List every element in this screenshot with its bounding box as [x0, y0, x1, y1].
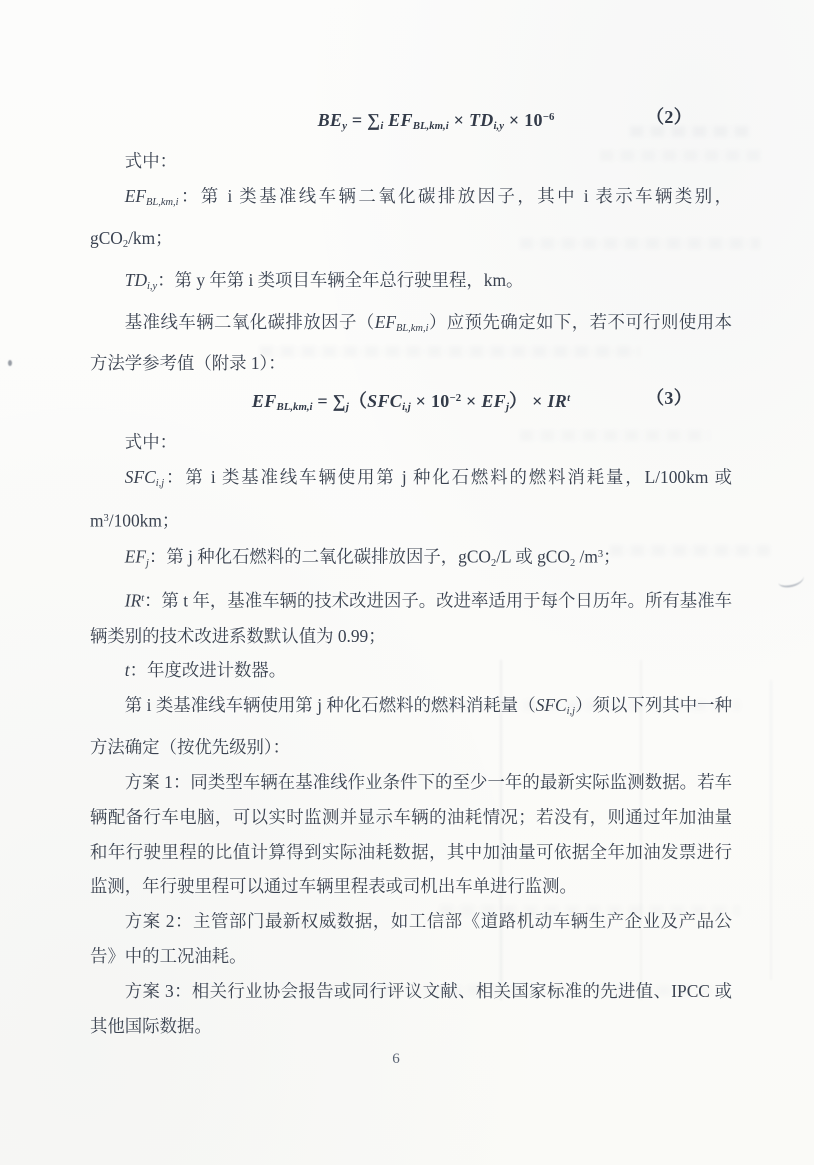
scanned-document-page: BEy = ∑i EFBL,km,i × TDi,y × 10−6（2）式中：E… — [0, 0, 814, 1165]
equation-number: （3） — [646, 381, 692, 416]
label-formula-3-where: 式中： — [90, 425, 732, 460]
para-sfc-methods-intro: 第 i 类基准线车辆使用第 j 种化石燃料的燃料消耗量（SFCi,j）须以下列其… — [90, 688, 732, 765]
formula-2: BEy = ∑i EFBL,km,i × TDi,y × 10−6（2） — [90, 100, 732, 144]
para-option-3: 方案 3：相关行业协会报告或同行评议文献、相关国家标准的先进值、IPCC 或其他… — [90, 974, 732, 1044]
scan-bleedthrough-table-line — [770, 680, 772, 980]
scan-speck-artifact — [8, 360, 12, 366]
formula-body: BEy = ∑i EFBL,km,i × TDi,y × 10−6 — [318, 100, 555, 144]
pen-mark-artifact — [777, 570, 805, 588]
term-ef-bl-km-i: EFBL,km,i：第 i 类基准线车辆二氧化碳排放因子，其中 i 表示车辆类别… — [90, 179, 732, 263]
label-formula-2-where: 式中： — [90, 144, 732, 179]
term-sfc-i-j: SFCi,j：第 i 类基准线车辆使用第 j 种化石燃料的燃料消耗量，L/100… — [90, 460, 732, 538]
para-option-1: 方案 1：同类型车辆在基准线作业条件下的至少一年的最新实际监测数据。若车辆配备行… — [90, 765, 732, 904]
equation-number: （2） — [646, 100, 692, 135]
formula-3: EFBL,km,i = ∑j（SFCi,j × 10−2 × EFj） × IR… — [90, 381, 732, 425]
document-content: BEy = ∑i EFBL,km,i × TDi,y × 10−6（2）式中：E… — [90, 100, 732, 1043]
term-ir-t: IRt：第 t 年，基准车辆的技术改进因子。改进率适用于每个日历年。所有基准车辆… — [90, 582, 732, 653]
term-t-counter: t：年度改进计数器。 — [90, 653, 732, 688]
para-option-2: 方案 2：主管部门最新权威数据，如工信部《道路机动车辆生产企业及产品公告》中的工… — [90, 904, 732, 974]
formula-body: EFBL,km,i = ∑j（SFCi,j × 10−2 × EFj） × IR… — [252, 381, 570, 425]
page-number: 6 — [0, 1051, 814, 1068]
para-baseline-ef-determination: 基准线车辆二氧化碳排放因子（EFBL,km,i）应预先确定如下，若不可行则使用本… — [90, 305, 732, 382]
term-td-i-y: TDi,y：第 y 年第 i 类项目车辆全年总行驶里程，km。 — [90, 263, 732, 305]
term-ef-j: EFj：第 j 种化石燃料的二氧化碳排放因子，gCO2/L 或 gCO2 /m3… — [90, 538, 732, 582]
